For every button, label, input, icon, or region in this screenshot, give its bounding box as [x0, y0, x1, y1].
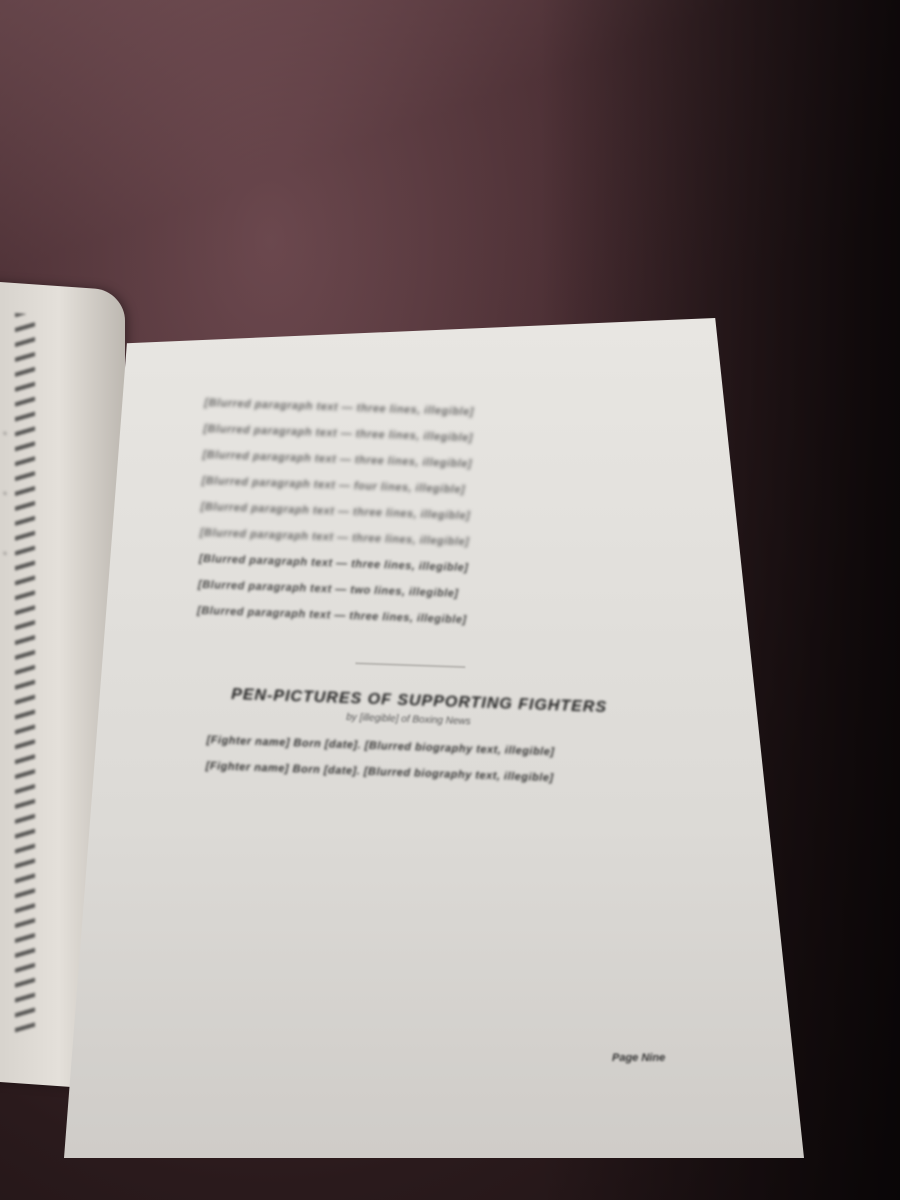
section-divider [355, 662, 465, 668]
left-page-fragments: · · · [2, 402, 8, 582]
fighter-bios: [Fighter name] Born [date]. [Blurred bio… [167, 733, 648, 788]
fighter-bio: [Fighter name] Born [date]. [Blurred bio… [181, 733, 647, 761]
paragraph: [Blurred paragraph text — three lines, i… [176, 500, 656, 529]
body-text: [Blurred paragraph text — three lines, i… [172, 396, 659, 633]
paragraph: [Blurred paragraph text — three lines, i… [177, 448, 657, 477]
paragraph: [Blurred paragraph text — three lines, i… [175, 526, 655, 555]
decorative-border [15, 313, 35, 1034]
paragraph: [Blurred paragraph text — three lines, i… [172, 604, 652, 633]
paragraph: [Blurred paragraph text — three lines, i… [179, 396, 659, 425]
paragraph: [Blurred paragraph text — three lines, i… [174, 552, 654, 581]
page-content: [Blurred paragraph text — three lines, i… [166, 385, 660, 802]
fighter-bio: [Fighter name] Born [date]. [Blurred bio… [181, 759, 647, 787]
paragraph: [Blurred paragraph text — three lines, i… [178, 422, 658, 451]
page-number: Page Nine [612, 1052, 665, 1064]
paragraph: [Blurred paragraph text — two lines, ill… [173, 578, 653, 607]
paragraph: [Blurred paragraph text — four lines, il… [176, 474, 656, 503]
